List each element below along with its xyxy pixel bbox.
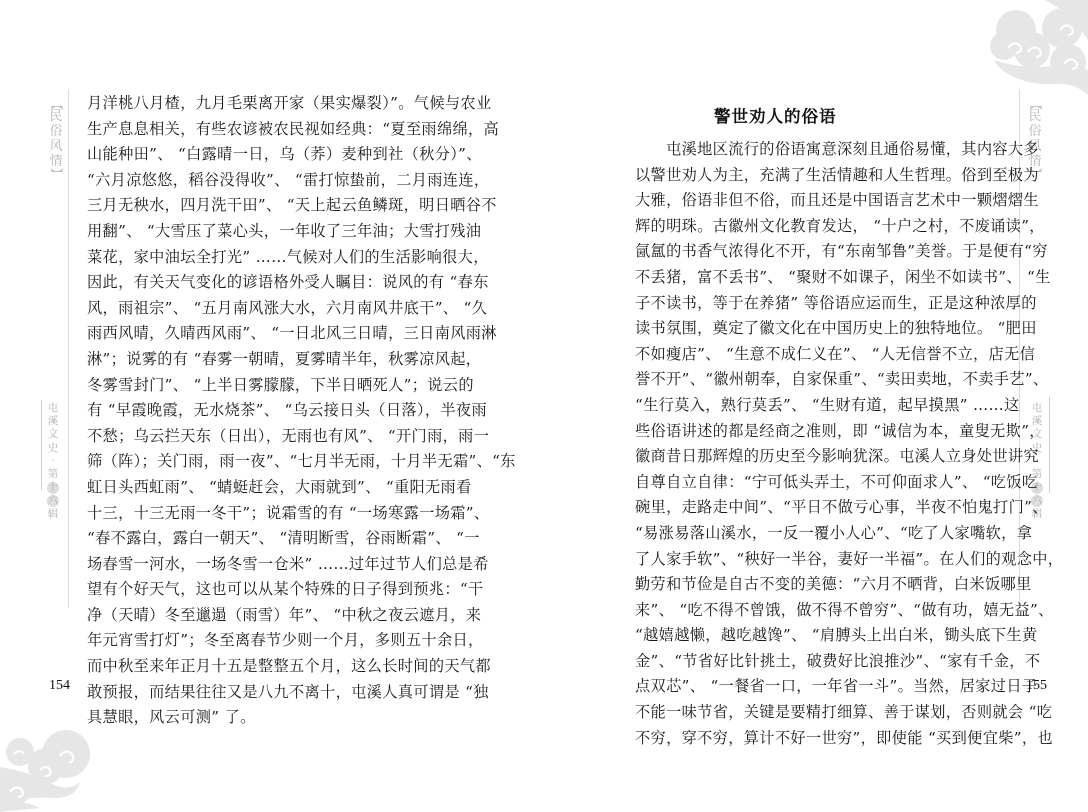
text-line: 自尊自立自律：“宁可低头弄土，不可仰面求人”、 “吃饭吃 — [635, 470, 1005, 496]
text-line: 虹日头西虹雨”、 “蜻蜓赶会，大雨就到”、 “重阳无雨看 — [87, 475, 455, 501]
text-line: 山能种田”、 “白露晴一日，乌（荞）麦种到社（秋分）”、 — [87, 142, 455, 168]
text-line: 十三，十三无雨一冬干”；说霜雪的有 “一场寒露一场霜”、 — [87, 501, 455, 527]
article-title: 警世劝人的俗语 — [714, 103, 994, 127]
text-line: 屯溪地区流行的俗语寓意深刻且通俗易懂，其内容大多 — [635, 137, 1005, 163]
text-line: 不愁；乌云拦天东（日出），无雨也有风”、 “开门雨，雨一 — [87, 424, 455, 450]
text-line: 冬雾雪封门”、 “上半日雾朦朦，下半日晒死人”；说云的 — [87, 373, 455, 399]
text-line: “六月凉悠悠，稻谷没得收”、 “雷打惊蛰前，二月雨连连， — [87, 168, 455, 194]
text-line: 氤氲的书香气浓得化不开，有“东南邹鲁”美誉。于是便有“穷 — [635, 239, 1005, 265]
series-char: 第 — [46, 468, 60, 481]
text-line: 徽商昔日那辉煌的历史至今影响犹深。屯溪人立身处世讲究 — [635, 444, 1005, 470]
text-line: 碗里，走路走中间”、“平日不做亏心事，半夜不怕鬼打门”、 — [635, 495, 1005, 521]
text-line: 誉不开”、“徽州朝奉，自家保重”、“卖田卖地，不卖手艺”、 — [635, 367, 1005, 393]
body-text: 屯溪地区流行的俗语寓意深刻且通俗易懂，其内容大多 以警世劝人为主，充满了生活情趣… — [635, 137, 1005, 751]
section-tag: 【 民 俗 风 情 】 — [48, 100, 64, 178]
text-line: 来”、 “吃不得不曾饿，做不得不曾穷”、“做有功，嬉无益”、 — [635, 598, 1005, 624]
text-line: 有 “早霞晚霞，无水烧茶”、 “乌云接日头（日落），半夜雨 — [87, 398, 455, 424]
text-line: 不能一味节省，关键是要精打细算、善于谋划，否则就会 “吃 — [635, 700, 1005, 726]
series-char: · — [46, 455, 60, 468]
page-number: 154 — [49, 678, 70, 694]
bracket-open: 【 — [52, 97, 61, 113]
text-line: 具慧眼，风云可测” 了。 — [87, 705, 455, 731]
text-line: 而中秋至来年正月十五是整整五个月，这么长时间的天气都 — [87, 654, 455, 680]
page-number: 155 — [1026, 678, 1047, 694]
text-line: 金”、“节省好比针挑土，破费好比浪推沙”、“家有千金，不 — [635, 649, 1005, 675]
text-line: 用翻”、 “大雪压了菜心头，一年收了三年油；大雪打残油 — [87, 219, 455, 245]
series-rule — [1049, 397, 1050, 493]
text-line: 辉的明珠。古徽州文化教育发达， “十户之村，不废诵读”， — [635, 214, 1005, 240]
text-line: “越嬉越懒，越吃越馋”、 “肩膊头上出白米，锄头底下生黄 — [635, 623, 1005, 649]
text-line: 勤劳和节俭是自古不变的美德：“六月不晒背，白米饭哪里 — [635, 572, 1005, 598]
text-line: 净（天晴）冬至邋遢（雨雪）年”、 “中秋之夜云遮月，来 — [87, 603, 455, 629]
text-line: 些俗语讲述的都是经商之准则，即 “诚信为本，童叟无欺”， — [635, 419, 1005, 445]
section-tag-char: 俗 — [48, 124, 64, 139]
text-line: 月洋桃八月楂，九月毛栗离开家（果实爆裂）”。气候与农业 — [87, 91, 455, 117]
text-line: 点双芯”、 “一餐省一口，一年省一斗”。当然，居家过日子 — [635, 674, 1005, 700]
circled-number: 十 — [47, 482, 59, 494]
text-line: 以警世劝人为主，充满了生活情趣和人生哲理。俗到至极为 — [635, 163, 1005, 189]
text-line: “易涨易落山溪水，一反一覆小人心”、“吃了人家嘴软，拿 — [635, 521, 1005, 547]
text-line: 读书氛围，奠定了徽文化在中国历史上的独特地位。 “肥田 — [635, 316, 1005, 342]
right-page: 警世劝人的俗语 【 民 俗 风 情 】 屯 溪 文 史 · 第 十 六 辑 屯溪… — [544, 0, 1088, 812]
circled-number: 六 — [47, 495, 59, 507]
section-tag-char: 风 — [48, 139, 64, 154]
series-rule — [41, 400, 42, 490]
margin-rule — [68, 89, 69, 608]
body-text: 月洋桃八月楂，九月毛栗离开家（果实爆裂）”。气候与农业 生产息息相关，有些农谚被… — [87, 91, 455, 731]
text-line: 风，雨祖宗”、 “五月南风涨大水，六月南风井底干”、 “久 — [87, 296, 455, 322]
left-page: 【 民 俗 风 情 】 屯 溪 文 史 · 第 十 六 辑 月洋桃八月楂，九月毛… — [0, 0, 544, 812]
bracket-close: 】 — [52, 166, 61, 182]
series-char: 屯 — [1030, 402, 1044, 415]
series-char: 史 — [46, 442, 60, 455]
text-line: “春不露白，露白一朝天”、 “清明断雪，谷雨断霜”、 “一 — [87, 526, 455, 552]
text-line: 年元宵雪打灯”；冬至离春节少则一个月，多则五十余日， — [87, 628, 455, 654]
text-line: 筛（阵）；关门雨，雨一夜”、“七月半无雨，十月半无霜”、“东 — [87, 449, 455, 475]
series-char: 辑 — [46, 508, 60, 521]
series-char: 溪 — [46, 415, 60, 428]
text-line: 因此，有关天气变化的谚语格外受人瞩目：说风的有 “春东 — [87, 270, 455, 296]
text-line: 场春雪一河水，一场冬雪一仓米” ……过年过节人们总是希 — [87, 552, 455, 578]
text-line: 了人家手软”、“秧好一半谷，妻好一半福”。在人们的观念中， — [635, 547, 1005, 573]
text-line: 子不读书，等于在养猪” 等俗语应运而生，正是这种浓厚的 — [635, 291, 1005, 317]
text-line: 敢预报，而结果往往又是八九不离十，屯溪人真可谓是 “独 — [87, 680, 455, 706]
bracket-open: 【 — [1031, 97, 1040, 113]
cloud-pattern-icon — [964, 0, 1088, 95]
text-line: 雨西风晴，久晴西风雨”、 “一日北风三日晴，三日南风雨淋 — [87, 321, 455, 347]
text-line: 菜花，家中油坛全打光” ……气候对人们的生活影响很大， — [87, 245, 455, 271]
series-char: 文 — [46, 428, 60, 441]
series-char: 屯 — [46, 402, 60, 415]
text-line: “生行莫入，熟行莫丢”、 “生财有道，起早摸黑” ……这 — [635, 393, 1005, 419]
text-line: 望有个好天气，这也可以从某个特殊的日子得到预兆：“干 — [87, 577, 455, 603]
section-tag-char: 俗 — [1027, 124, 1043, 139]
text-line: 生产息息相关，有些农谚被农民视如经典：“夏至雨绵绵，高 — [87, 117, 455, 143]
text-line: 大雅，俗语非但不俗，而且还是中国语言艺术中一颗熠熠生 — [635, 188, 1005, 214]
cloud-pattern-icon — [0, 712, 95, 812]
text-line: 不如瘦店”、 “生意不成仁义在”、 “人无信誉不立，店无信 — [635, 342, 1005, 368]
text-line: 三月无秧水，四月洗干田”、 “天上起云鱼鳞斑，明日晒谷不 — [87, 193, 455, 219]
text-line: 不丢猪，富不丢书”、 “聚财不如课子，闲坐不如读书”、 “生 — [635, 265, 1005, 291]
series-tag: 屯 溪 文 史 · 第 十 六 辑 — [46, 402, 60, 521]
text-line: 淋”；说雾的有 “春雾一朝晴，夏雾晴半年，秋雾凉风起， — [87, 347, 455, 373]
text-line: 不穷，穿不穷，算计不好一世穷”，即使能 “买到便宜柴”，也 — [635, 726, 1005, 752]
